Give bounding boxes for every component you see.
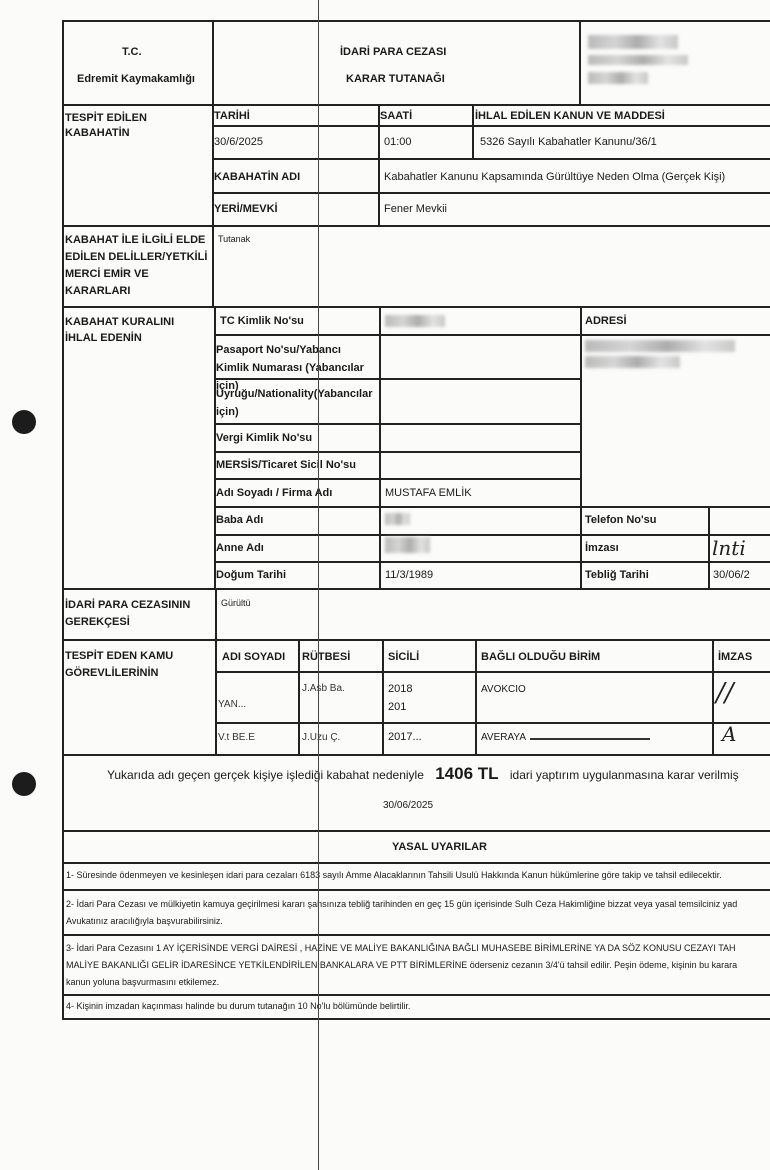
punch-hole-bottom [12, 772, 36, 796]
divider [62, 225, 770, 227]
divider [214, 506, 770, 508]
divider [712, 639, 714, 754]
divider [379, 306, 381, 588]
divider [62, 1018, 770, 1020]
offense-date-value: 30/6/2025 [214, 135, 263, 150]
divider [215, 671, 770, 673]
redacted-father-name [385, 513, 410, 525]
offense-place-label: YERİ/MEVKİ [214, 202, 278, 217]
legal-item-3-cont: MALİYE BAKANLIĞI GELİR İDARESİNCE YETKİL… [66, 957, 737, 974]
reason-label: İDARİ PARA CEZASININ GEREKÇESİ [65, 597, 205, 631]
legal-item-4: 4- Kişinin imzadan kaçınması halinde bu … [66, 998, 410, 1015]
address-label: ADRESİ [585, 314, 627, 329]
divider [215, 639, 217, 754]
divider [62, 104, 770, 106]
tax-label: Vergi Kimlik No'su [216, 431, 312, 446]
divider [214, 334, 770, 336]
divider [382, 639, 384, 754]
divider [62, 754, 770, 756]
divider [215, 588, 217, 640]
official-1-signature: // [716, 678, 734, 708]
evidence-label: KABAHAT İLE İLGİLİ ELDE EDİLEN DELİLLER/… [65, 232, 210, 300]
divider [212, 158, 770, 160]
offense-time-label: SAATİ [380, 109, 412, 124]
offense-place-value: Fener Mevkii [384, 202, 447, 217]
divider [212, 225, 214, 307]
legal-item-2: 2- İdari Para Cezası ve mülkiyetin kamuy… [66, 896, 737, 913]
redacted-tc-number [385, 315, 445, 327]
official-1-unit: AVOKCIO [481, 682, 526, 697]
legal-title: YASAL UYARILAR [392, 840, 487, 855]
official-2-sicil: 2017... [388, 730, 422, 745]
divider [475, 639, 477, 754]
birth-value: 11/3/1989 [385, 568, 433, 583]
frame-left [62, 20, 64, 1020]
divider [298, 639, 300, 754]
officials-header-signature: İMZAS [718, 650, 752, 665]
tc-label: TC Kimlik No'su [220, 314, 304, 329]
reason-value: Gürültü [221, 596, 251, 611]
redacted-address [585, 340, 735, 352]
divider [62, 862, 770, 864]
official-2-rank: J.Uzu Ç. [302, 730, 340, 745]
violator-signature: lnti [712, 536, 746, 560]
redacted-mother-name [385, 537, 430, 553]
redacted-address [585, 356, 680, 368]
frame-top [62, 20, 770, 22]
legal-item-2-cont: Avukatınız aracılığıyla başvurabilirsini… [66, 913, 223, 930]
fold-line [318, 0, 319, 1170]
notify-value: 30/06/2 [713, 568, 750, 583]
decision-text-after: idari yaptırım uygulanmasına karar veril… [510, 768, 739, 782]
divider [214, 378, 580, 380]
offense-section-label: TESPİT EDİLEN KABAHATİN [65, 111, 205, 141]
offense-date-label: TARİHİ [214, 109, 250, 124]
name-label: Adı Soyadı / Firma Adı [216, 486, 332, 501]
father-label: Baba Adı [216, 513, 263, 528]
officials-header-name: ADI SOYADI [222, 650, 285, 665]
divider [62, 994, 770, 996]
name-value: MUSTAFA EMLİK [385, 486, 472, 501]
divider [62, 588, 770, 590]
official-1-sicil: 2018 [388, 682, 412, 697]
divider [62, 934, 770, 936]
mersis-label: MERSİS/Ticaret Sicil No'su [216, 458, 356, 473]
offense-time-value: 01:00 [384, 135, 412, 150]
divider [212, 20, 214, 104]
notify-label: Tebliğ Tarihi [585, 568, 649, 583]
violator-section-label: KABAHAT KURALINI İHLAL EDENİN [65, 314, 195, 346]
legal-item-3: 3- İdari Para Cezasını 1 AY İÇERİSİNDE V… [66, 940, 736, 957]
birth-label: Doğum Tarihi [216, 568, 286, 583]
mother-label: Anne Adı [216, 541, 264, 556]
officials-header-rank: RÜTBESİ [302, 650, 350, 665]
official-2-unit: AVERAYA [481, 730, 526, 745]
offense-law-value: 5326 Sayılı Kabahatler Kanunu/36/1 [480, 135, 657, 150]
divider [62, 830, 770, 832]
phone-label: Telefon No'su [585, 513, 656, 528]
officials-header-sicil: SİCİLİ [388, 650, 419, 665]
divider [62, 889, 770, 891]
divider [62, 306, 770, 308]
divider [215, 722, 770, 724]
official-1-rank: J.Asb Ba. [302, 681, 345, 696]
official-2-signature: A [722, 722, 736, 746]
official-1-sicil-2: 201 [388, 700, 406, 715]
divider [214, 423, 580, 425]
fine-amount: 1406 TL [435, 764, 498, 783]
divider [579, 20, 581, 104]
nationality-label: Uyruğu/Nationality(Yabancılar için) [216, 385, 376, 421]
divider [214, 451, 580, 453]
evidence-value: Tutanak [218, 232, 250, 247]
offense-name-value: Kabahatler Kanunu Kapsamında Gürültüye N… [384, 170, 725, 185]
official-2-unit-redaction-line [530, 738, 650, 740]
divider [472, 104, 474, 160]
divider [580, 306, 582, 588]
divider [214, 561, 770, 563]
redacted-doc-number [588, 72, 648, 84]
official-2-name: V.t BE.E [218, 730, 255, 745]
divider [214, 478, 580, 480]
legal-item-1: 1- Süresinde ödenmeyen ve kesinleşen ida… [66, 867, 722, 884]
divider [62, 639, 770, 641]
official-1-name: YAN... [218, 697, 246, 712]
decision-statement: Yukarıda adı geçen gerçek kişiye işlediğ… [107, 764, 739, 784]
redacted-doc-number [588, 35, 678, 49]
divider [708, 506, 710, 588]
header-tc: T.C. [122, 45, 142, 60]
officials-header-unit: BAĞLI OLDUĞU BİRİM [481, 650, 600, 665]
punch-hole-top [12, 410, 36, 434]
officials-section-label: TESPİT EDEN KAMU GÖREVLİLERİNİN [65, 648, 195, 682]
header-authority: Edremit Kaymakamlığı [77, 72, 195, 87]
decision-date: 30/06/2025 [383, 798, 433, 813]
offense-law-label: İHLAL EDİLEN KANUN VE MADDESİ [475, 109, 665, 124]
redacted-doc-number [588, 55, 688, 65]
decision-text-before: Yukarıda adı geçen gerçek kişiye işlediğ… [107, 768, 424, 782]
header-title-2: KARAR TUTANAĞI [346, 72, 445, 87]
signature-label: İmzası [585, 541, 619, 556]
legal-item-3-cont-2: kanun yoluna başvurmasını etkilemez. [66, 974, 219, 991]
offense-name-label: KABAHATİN ADI [214, 170, 300, 185]
divider [214, 534, 770, 536]
divider [212, 125, 770, 127]
header-title-1: İDARİ PARA CEZASI [340, 45, 446, 60]
divider [212, 192, 770, 194]
